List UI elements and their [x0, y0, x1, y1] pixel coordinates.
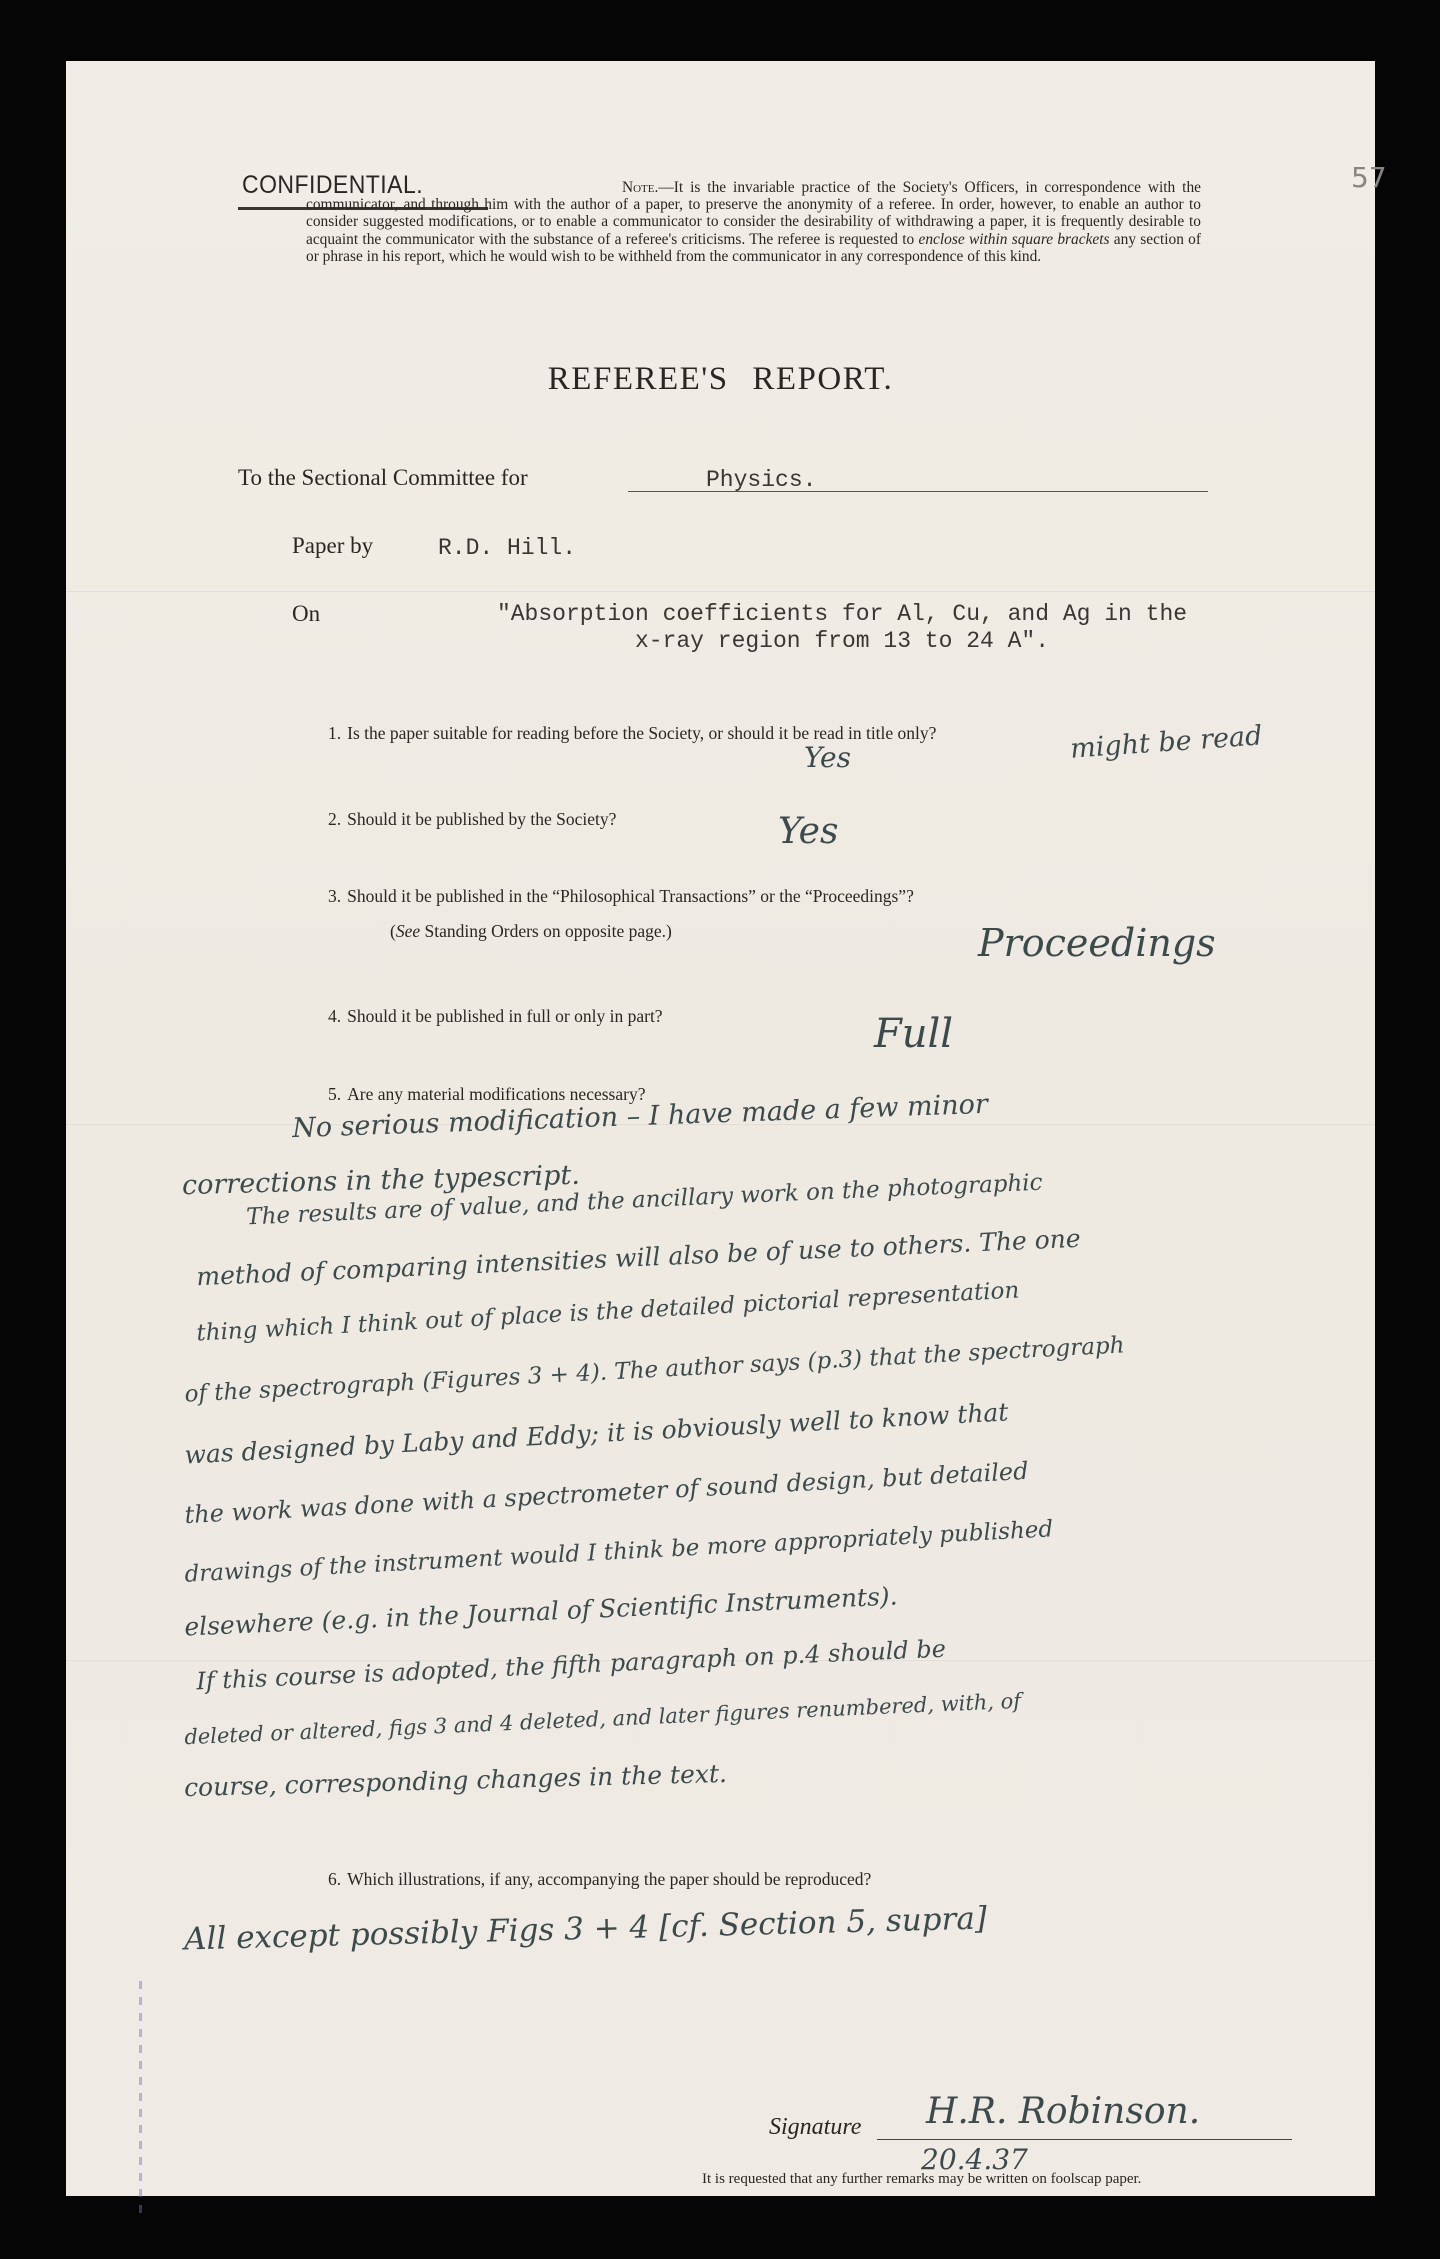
answer-line: deleted or altered, figs 3 and 4 deleted… — [184, 1689, 1022, 1750]
question-text: Is the paper suitable for reading before… — [347, 723, 936, 743]
answer-line: the work was done with a spectrometer of… — [184, 1457, 1029, 1529]
paper-by-value: R.D. Hill. — [438, 535, 576, 561]
answer-line: If this course is adopted, the fifth par… — [196, 1635, 947, 1696]
question-6: 6.Which illustrations, if any, accompany… — [328, 1869, 871, 1890]
note-prefix: Note. — [622, 179, 658, 196]
signature-label: Signature — [769, 2114, 861, 2141]
answer-line: course, corresponding changes in the tex… — [184, 1759, 728, 1802]
answer-1-note: might be read — [1069, 720, 1263, 764]
answer-2: Yes — [778, 811, 838, 852]
paper-title: "Absorption coefficients for Al, Cu, and… — [412, 601, 1272, 655]
question-number: 2. — [328, 809, 341, 829]
note-emphasis: enclose within square brackets — [919, 231, 1110, 248]
question-2: 2.Should it be published by the Society? — [328, 809, 616, 830]
see-italic: See — [396, 921, 420, 941]
question-number: 5. — [328, 1084, 341, 1104]
paper-title-line-2: x-ray region from 13 to 24 A". — [412, 628, 1272, 655]
answer-line: drawings of the instrument would I think… — [184, 1516, 1054, 1587]
answer-line: elsewhere (e.g. in the Journal of Scient… — [184, 1581, 898, 1641]
answer-line: of the spectrograph (Figures 3 + 4). The… — [184, 1332, 1125, 1407]
footnote: It is requested that any further remarks… — [702, 2171, 1141, 2188]
referee-report-page: 57 CONFIDENTIAL. Note.—It is the invaria… — [66, 61, 1375, 2196]
answer-line: thing which I think out of place is the … — [196, 1277, 1020, 1346]
question-number: 4. — [328, 1006, 341, 1026]
question-text: Should it be published in the “Philosoph… — [347, 886, 914, 906]
on-label: On — [292, 601, 320, 627]
question-text: Should it be published in full or only i… — [347, 1006, 662, 1026]
answer-line: was designed by Laby and Eddy; it is obv… — [184, 1397, 1009, 1469]
question-4: 4.Should it be published in full or only… — [328, 1006, 663, 1027]
question-text: Are any material modifications necessary… — [347, 1084, 645, 1104]
answer-4: Full — [874, 1011, 953, 1057]
question-number: 1. — [328, 723, 341, 743]
question-text: Which illustrations, if any, accompanyin… — [347, 1869, 871, 1889]
question-3-subtext: (See Standing Orders on opposite page.) — [390, 921, 672, 942]
signature-line — [877, 2139, 1292, 2140]
committee-value: Physics. — [706, 467, 816, 493]
answer-6: All except possibly Figs 3 + 4 [cf. Sect… — [184, 1900, 988, 1957]
fold-line — [66, 590, 1375, 592]
question-number: 6. — [328, 1869, 341, 1889]
paper-title-line-1: "Absorption coefficients for Al, Cu, and… — [412, 601, 1272, 628]
answer-1: Yes — [804, 741, 851, 774]
confidentiality-note: Note.—It is the invariable practice of t… — [306, 179, 1201, 265]
answer-3: Proceedings — [978, 921, 1216, 965]
paper-by-label: Paper by — [292, 533, 373, 559]
question-text: Should it be published by the Society? — [347, 809, 616, 829]
margin-ink-marks — [139, 1981, 142, 2221]
committee-label: To the Sectional Committee for — [238, 465, 528, 491]
question-number: 3. — [328, 886, 341, 906]
page-number: 57 — [1351, 161, 1387, 194]
signature-value: H.R. Robinson. — [926, 2091, 1200, 2132]
page-title: REFEREE'S REPORT. — [66, 361, 1375, 398]
question-3: 3.Should it be published in the “Philoso… — [328, 886, 914, 907]
